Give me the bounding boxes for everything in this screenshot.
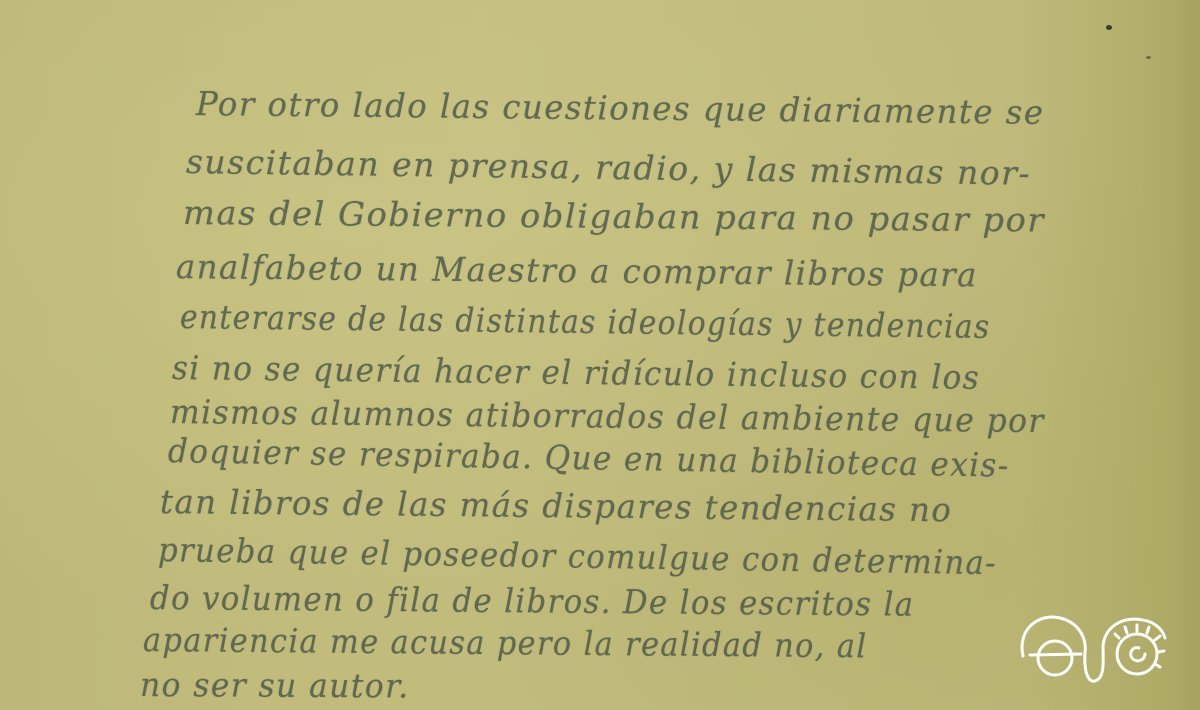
manuscript-line: Por otro lado las cuestiones que diariam…: [196, 84, 1045, 132]
eo-spiral-logo-icon: [1015, 608, 1170, 688]
manuscript-line: do volumen o fila de libros. De los escr…: [150, 578, 915, 624]
manuscript-line: mas del Gobierno obligaban para no pasar…: [183, 193, 1045, 240]
manuscript-line: no ser su autor.: [140, 665, 410, 705]
manuscript-line: analfabeto un Maestro a comprar libros p…: [176, 247, 978, 294]
handwritten-text: Por otro lado las cuestiones que diariam…: [0, 0, 1200, 710]
manuscript-line: prueba que el poseedor comulgue con dete…: [158, 530, 998, 582]
manuscript-line: doquier se respiraba. Que en una bibliot…: [168, 431, 1010, 485]
manuscript-line: suscitaban en prensa, radio, y las misma…: [186, 142, 1032, 193]
manuscript-line: apariencia me acusa pero la realidad no,…: [143, 620, 868, 665]
manuscript-line: tan libros de las más dispares tendencia…: [160, 482, 953, 529]
manuscript-line: enterarse de las distintas ideologías y …: [180, 297, 991, 346]
manuscript-line: si no se quería hacer el ridículo inclus…: [172, 348, 981, 397]
